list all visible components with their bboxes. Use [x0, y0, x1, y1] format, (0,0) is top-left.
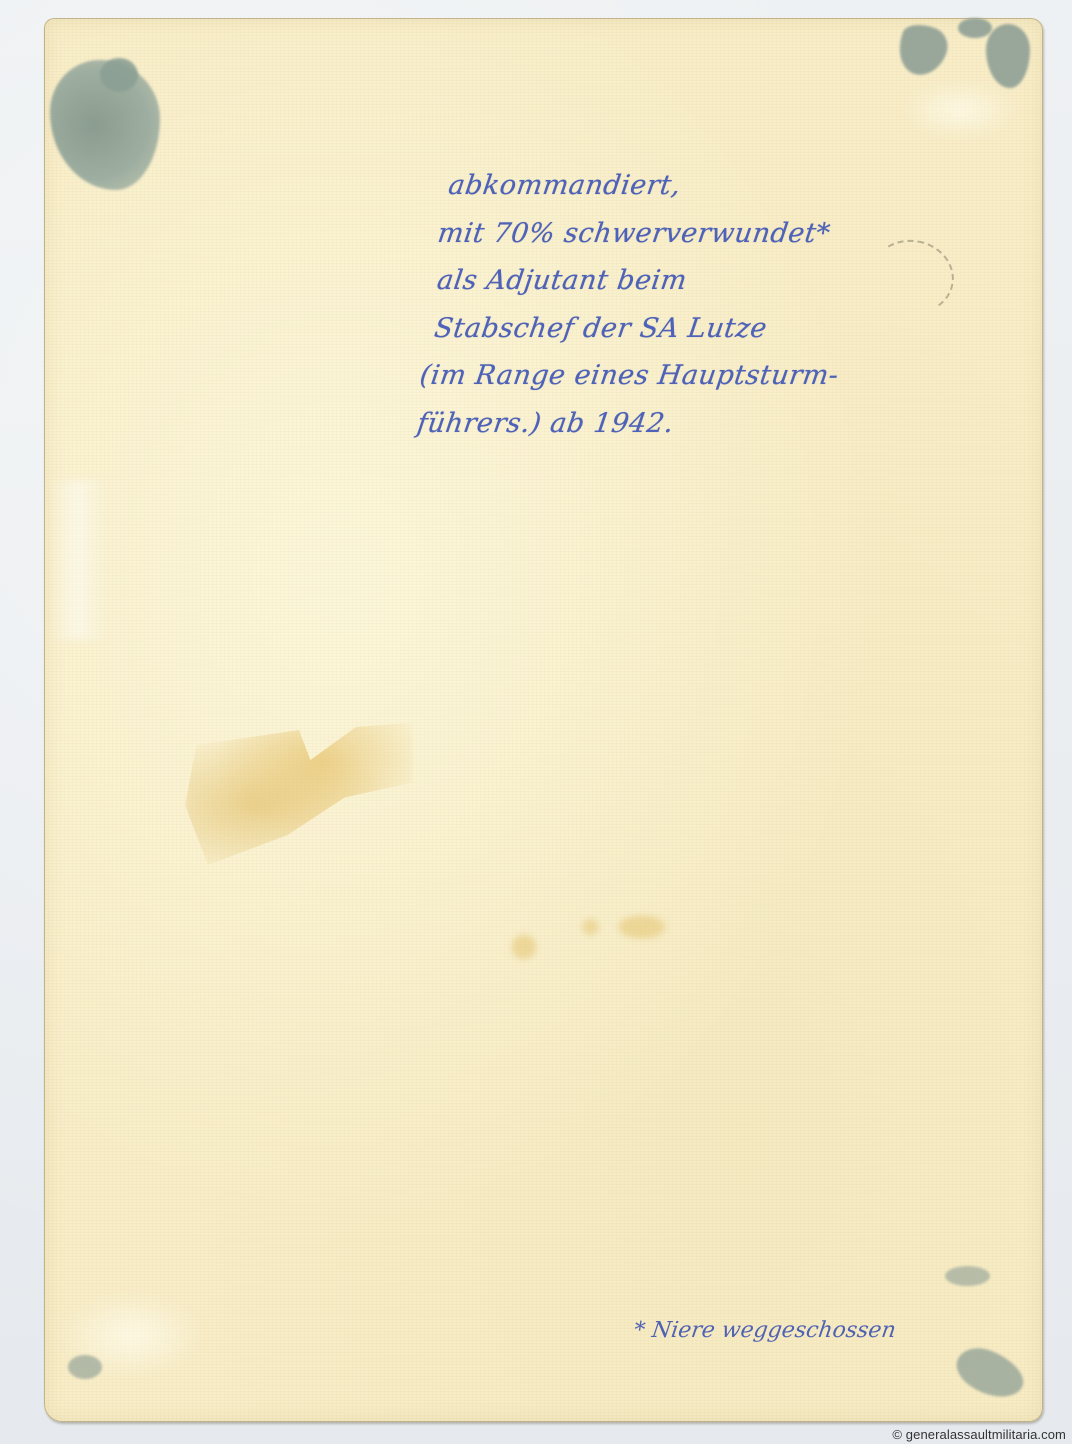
paper-crease — [48, 480, 108, 640]
note-line-4: Stabschef der SA Lutze — [421, 305, 988, 353]
glue-residue-top-right-2 — [958, 18, 992, 38]
glue-residue-bottom-right-small — [945, 1266, 990, 1286]
handwritten-footnote: * Niere weggeschossen — [632, 1318, 897, 1343]
note-line-1: abkommandiert, — [441, 162, 1008, 210]
note-line-6: führers.) ab 1942. — [408, 400, 975, 448]
handwritten-note: abkommandiert, mit 70% schwerverwundet* … — [408, 162, 1008, 447]
copyright-watermark: © generalassaultmilitaria.com — [892, 1427, 1066, 1442]
note-line-2: mit 70% schwerverwundet* — [435, 210, 1002, 258]
paper-wear-top-right — [900, 80, 1020, 140]
yellow-stain-spots — [505, 915, 695, 995]
glue-residue-bottom-left — [68, 1355, 102, 1379]
glue-residue-top-left-small — [100, 58, 138, 92]
note-line-5: (im Range eines Hauptsturm- — [415, 352, 982, 400]
note-line-3: als Adjutant beim — [428, 257, 995, 305]
